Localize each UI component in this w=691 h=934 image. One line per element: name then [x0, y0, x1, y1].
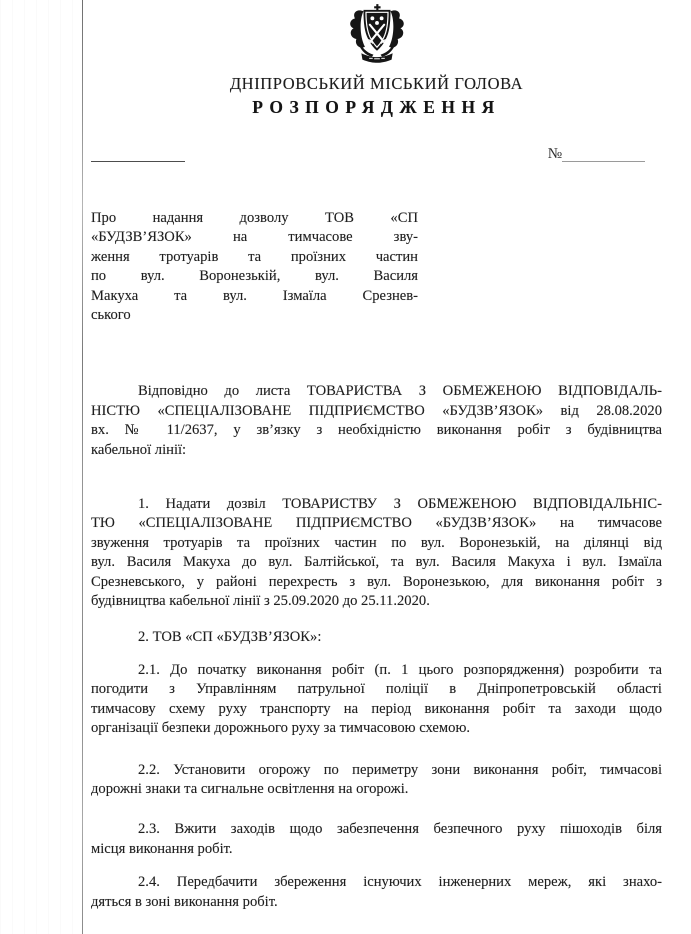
text-line: ТЮ «СПЕЦІАЛІЗОВАНЕ ПІДПРИЄМСТВО «БУДЗВ’Я… — [91, 514, 662, 533]
paragraph-2-heading: 2. ТОВ «СП «БУДЗВ’ЯЗОК»: — [91, 628, 662, 647]
paragraph-2-1: 2.1. До початку виконання робіт (п. 1 ць… — [91, 661, 662, 739]
text-line: вх. № 11/2637, у зв’язку з необхідністю … — [91, 421, 662, 440]
number-label: № — [548, 147, 562, 162]
text-line: Срезневського, у районі перехресть з вул… — [91, 573, 662, 592]
text-line: місця виконання робіт. — [91, 840, 662, 859]
text-line: ського — [91, 306, 418, 325]
text-line: організації безпеки дорожнього руху за т… — [91, 719, 662, 738]
paragraph-1: 1. Надати дозвіл ТОВАРИСТВУ З ОБМЕЖЕНОЮ … — [91, 495, 662, 611]
text-line: 2.2. Установити огорожу по периметру зон… — [91, 761, 662, 780]
text-line: 2. ТОВ «СП «БУДЗВ’ЯЗОК»: — [91, 628, 662, 647]
paragraph-2-2: 2.2. Установити огорожу по периметру зон… — [91, 761, 662, 800]
text-line: 2.1. До початку виконання робіт (п. 1 ць… — [91, 661, 662, 680]
paragraph-2-3: 2.3. Вжити заходів щодо забезпечення без… — [91, 820, 662, 859]
organization-title: ДНІПРОВСЬКИЙ МІСЬКИЙ ГОЛОВА — [91, 74, 662, 93]
text-line: 2.4. Передбачити збереження існуючих інж… — [91, 873, 662, 892]
text-line: Макуха та вул. Ізмаїла Срезнев- — [91, 287, 418, 306]
text-line: НІСТЮ «СПЕЦІАЛІЗОВАНЕ ПІДПРИЄМСТВО «БУДЗ… — [91, 402, 662, 421]
number-blank-line — [562, 148, 645, 162]
text-line: звуження тротуарів та проїзних частин по… — [91, 534, 662, 553]
text-line: ження тротуарів та проїзних частин — [91, 248, 418, 267]
text-line: тимчасову схему руху транспорту на періо… — [91, 700, 662, 719]
paragraph-2-4: 2.4. Передбачити збереження існуючих інж… — [91, 873, 662, 912]
text-line: кабельної лінії: — [91, 441, 662, 460]
text-line: погодити з Управлінням патрульної поліці… — [91, 680, 662, 699]
document-header: ДНІПРОВСЬКИЙ МІСЬКИЙ ГОЛОВА РОЗПОРЯДЖЕНН… — [91, 4, 662, 118]
document-scan: { "document": { "header": { "organizatio… — [0, 0, 691, 934]
text-line: «БУДЗВ’ЯЗОК» на тимчасове зву- — [91, 228, 418, 247]
document-page: ДНІПРОВСЬКИЙ МІСЬКИЙ ГОЛОВА РОЗПОРЯДЖЕНН… — [91, 4, 662, 912]
subject-block: Про надання дозволу ТОВ «СП«БУДЗВ’ЯЗОК» … — [91, 209, 418, 325]
text-line: 1. Надати дозвіл ТОВАРИСТВУ З ОБМЕЖЕНОЮ … — [91, 495, 662, 514]
text-line: дяться в зоні виконання робіт. — [91, 893, 662, 912]
paragraph-intro: Відповідно до листа ТОВАРИСТВА З ОБМЕЖЕН… — [91, 382, 662, 460]
text-line: Відповідно до листа ТОВАРИСТВА З ОБМЕЖЕН… — [91, 382, 662, 401]
dnipro-coat-of-arms-icon — [91, 4, 662, 64]
text-line: дорожні знаки та сигнальне освітлення на… — [91, 780, 662, 799]
date-number-row: № — [91, 147, 662, 162]
text-line: будівництва кабельної лінії з 25.09.2020… — [91, 592, 662, 611]
text-line: по вул. Воронезькій, вул. Василя — [91, 267, 418, 286]
scanner-margin-strip — [0, 0, 82, 934]
number-group: № — [548, 147, 645, 162]
text-line: вул. Василя Макуха до вул. Балтійської, … — [91, 553, 662, 572]
text-line: 2.3. Вжити заходів щодо забезпечення без… — [91, 820, 662, 839]
date-blank-line — [91, 148, 185, 162]
page-edge-line — [82, 0, 83, 934]
document-type-title: РОЗПОРЯДЖЕННЯ — [91, 96, 662, 118]
text-line: Про надання дозволу ТОВ «СП — [91, 209, 418, 228]
